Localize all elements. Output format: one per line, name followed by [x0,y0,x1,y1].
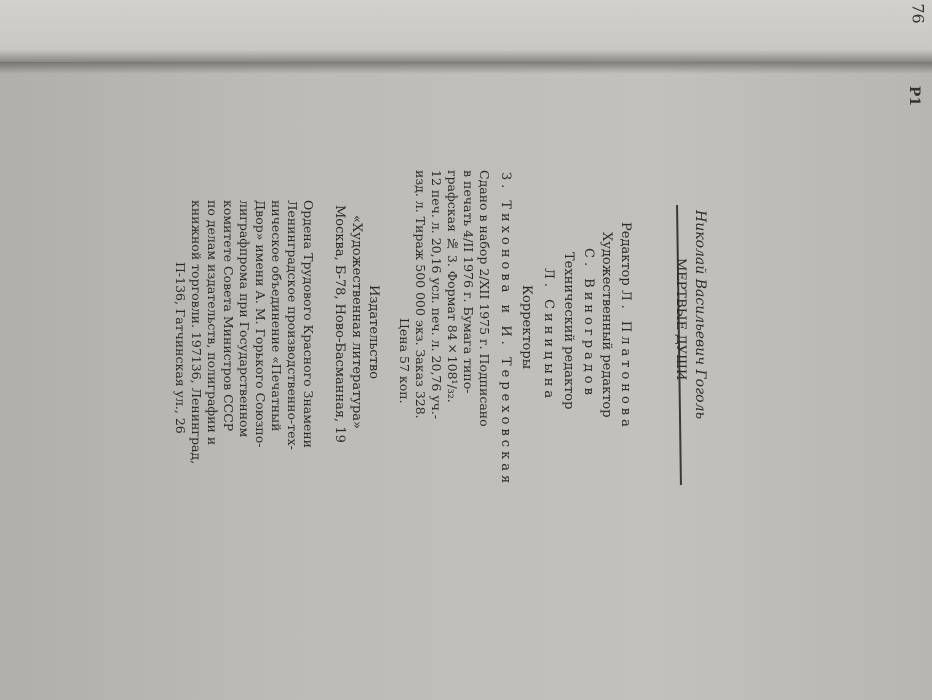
printer-line-9: П-136, Гатчинская ул., 26 [172,262,188,434]
page-shadow [0,62,932,74]
print-line-5: изд. л. Тираж 500 000 экз. Заказ 328. [412,170,428,419]
printer-line-6: комитете Совета Министров СССР [220,200,236,431]
printer-line-1: Ордена Трудового Красного Знамени [300,200,316,448]
printer-line-2: Ленинградское производственно-тех- [284,200,300,450]
proofreaders-label: Корректоры [518,285,534,369]
signature-mark: Р1 [906,86,922,106]
print-line-3: графская № 3. Формат 84×108¹/₃₂. [444,170,460,403]
proofreaders-names: З. Тихонова и И. Тереховская [497,172,513,487]
price: Цена 57 коп. [396,318,412,404]
editor-line: Редактор Л. Платонова [617,222,633,431]
print-line-4: 12 печ. л. 20,16 усл. печ. л. 20,76 уч.- [428,170,444,419]
editor-name: Л. Платонова [618,290,633,431]
book-title: МЕРТВЫЕ ДУШИ [672,258,688,380]
editor-label: Редактор [618,222,633,286]
tech-editor-label: Технический редактор [560,252,576,409]
printer-line-3: ническое объединение «Печатный [268,200,284,431]
printer-line-5: лиграфпрома при Государственном [236,200,252,437]
publisher-label: Издательство [365,285,381,379]
printer-line-7: по делам издательств, полиграфии и [204,200,220,445]
print-line-2: в печать 4/II 1976 г. Бумага типо- [460,170,476,393]
publisher-address: Москва, Б-78, Ново-Басманная, 19 [331,205,347,443]
author-name: Николай Васильевич Гоголь [692,210,708,419]
printer-line-4: Двор» имени А. М. Горького Союзпо- [252,200,268,447]
previous-page-edge: 76 [0,0,932,62]
art-editor-name: С. Виноградов [580,248,596,399]
printer-line-8: книжной торговли. 197136, Ленинград, [188,200,204,464]
publisher-name: «Художественная литература» [348,215,364,429]
print-line-1: Сдано в набор 2/XII 1975 г. Подписано [476,170,492,427]
art-editor-label: Художественный редактор [598,232,614,418]
tech-editor-name: Л. Синицына [540,268,556,402]
page-number: 76 [908,3,927,23]
